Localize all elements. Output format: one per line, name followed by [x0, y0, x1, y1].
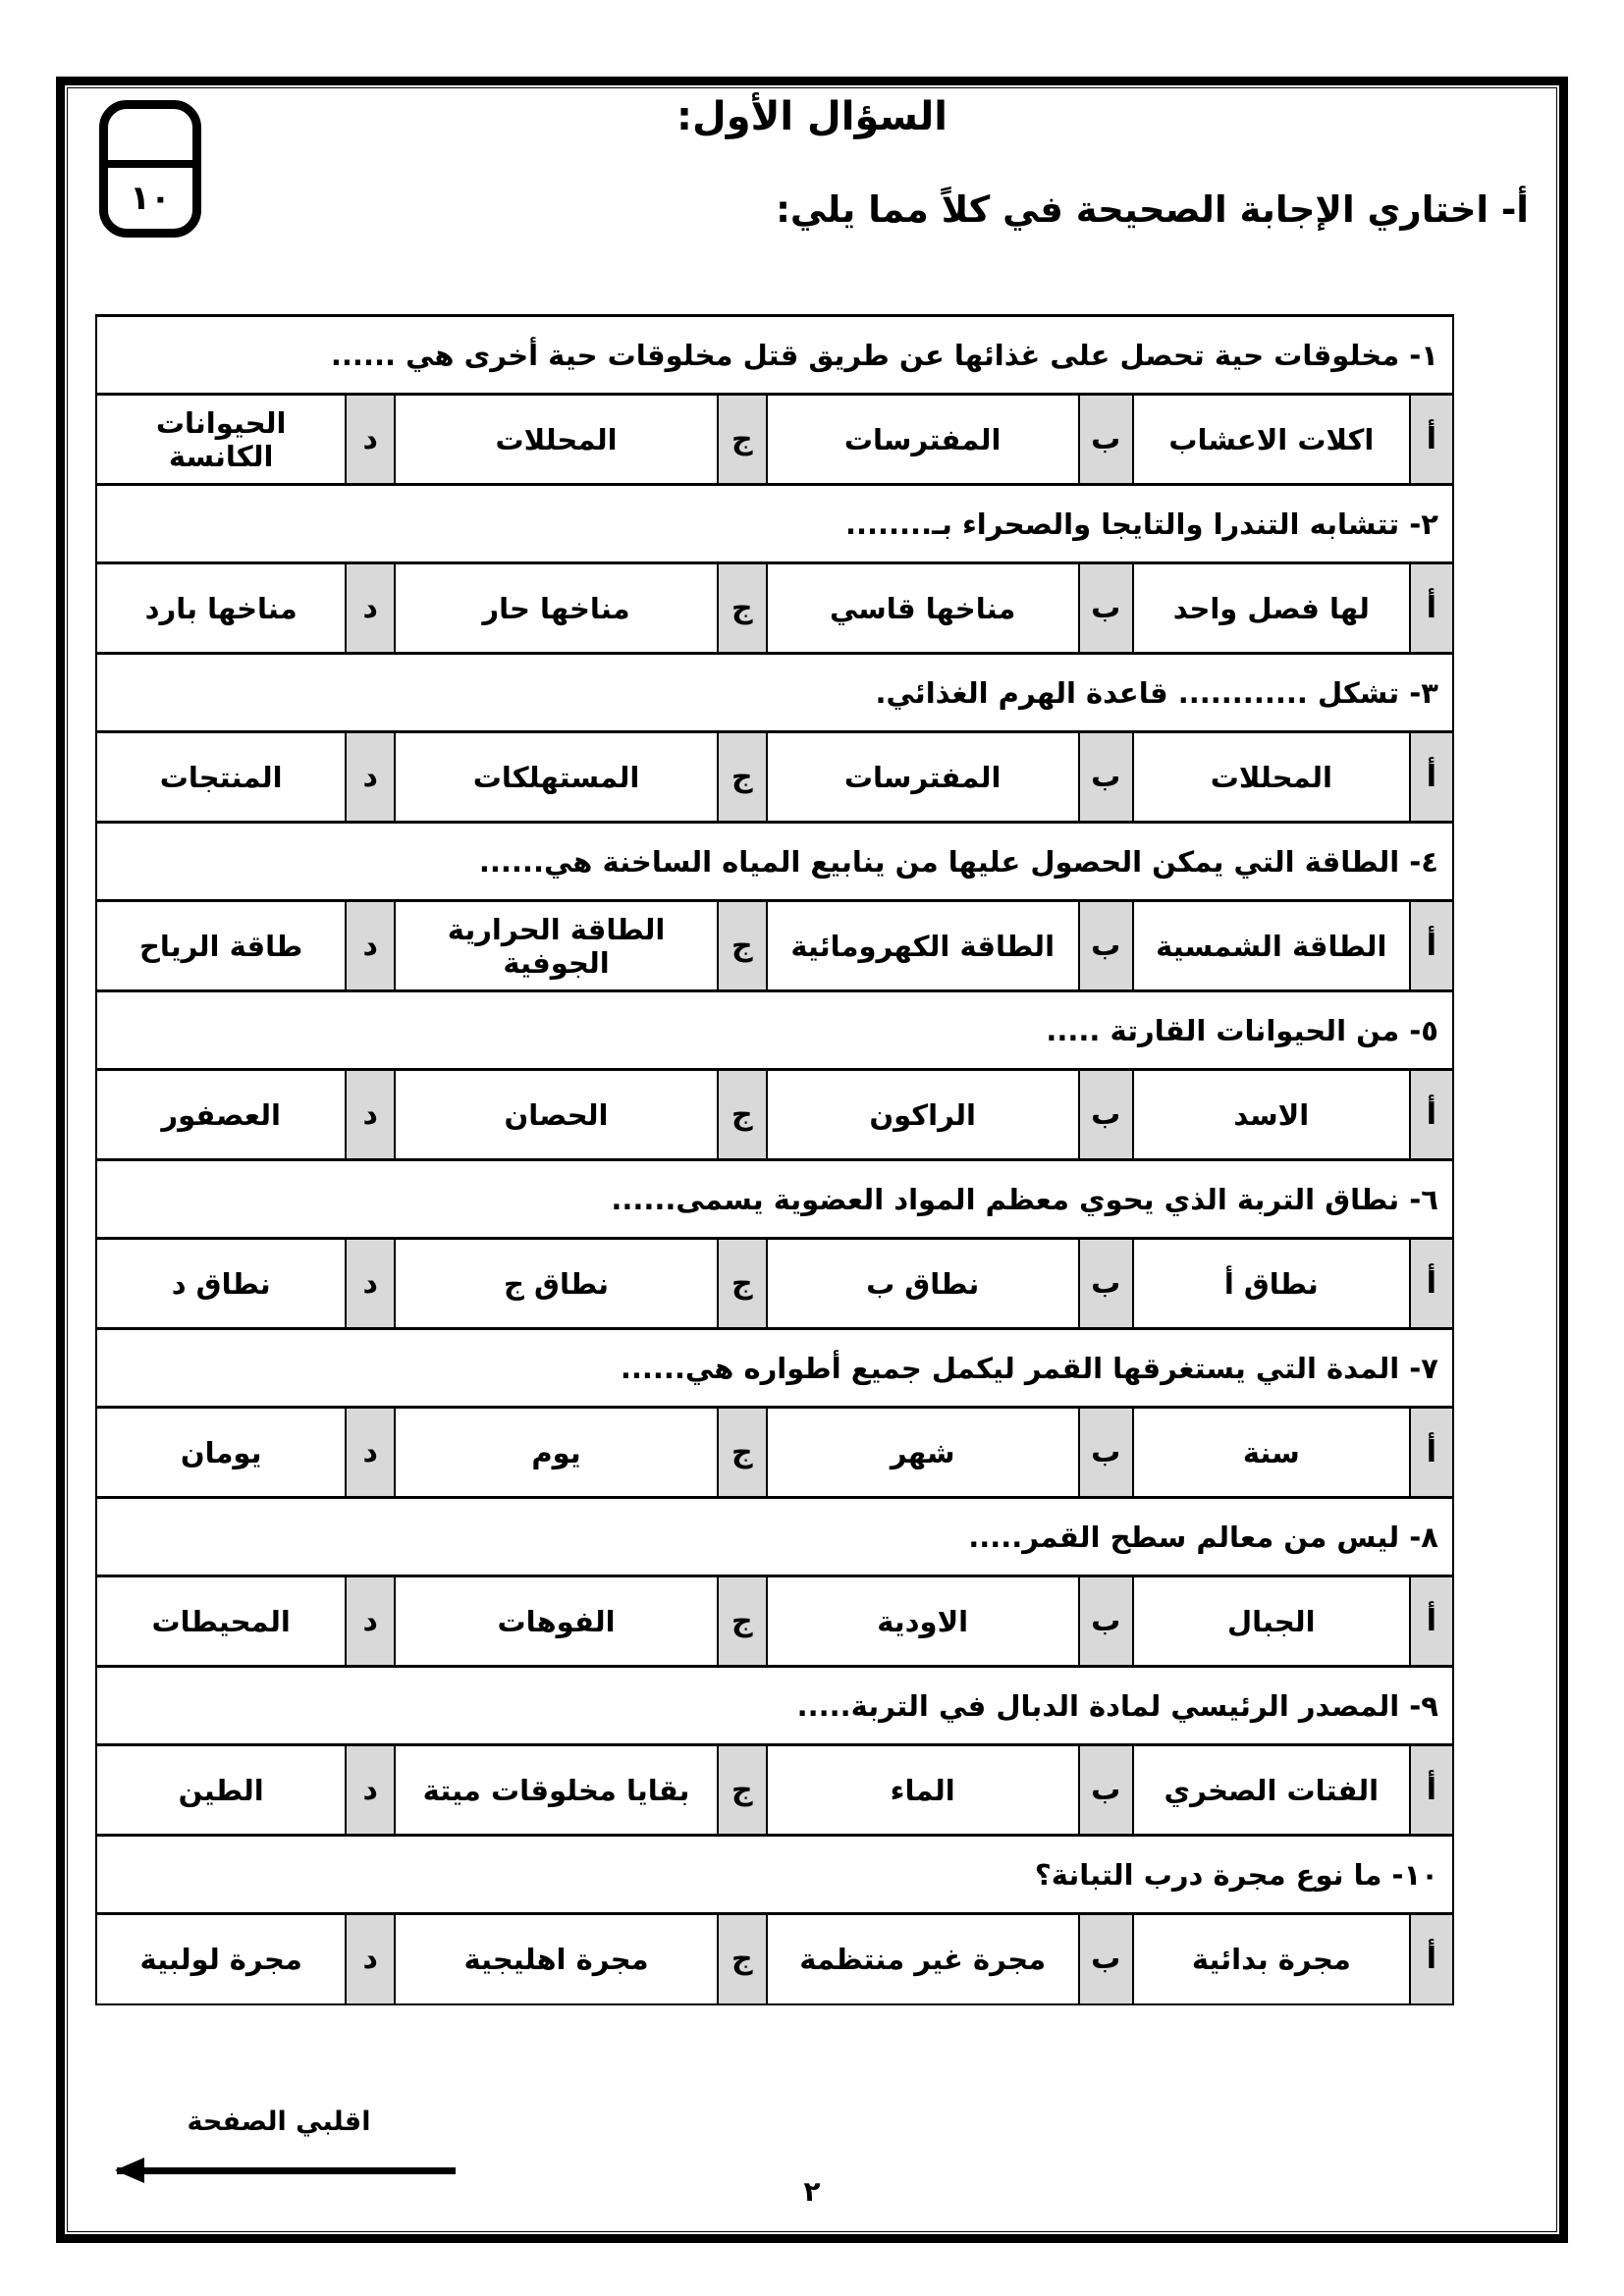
option-answer: نطاق أ — [1133, 1239, 1410, 1329]
option-letter: أ — [1410, 395, 1453, 485]
option-letter: ب — [1079, 1914, 1133, 2004]
question-row: ٦- نطاق التربة الذي يحوي معظم المواد الع… — [96, 1160, 1453, 1239]
question-row: ١٠- ما نوع مجرة درب التبانة؟ — [96, 1836, 1453, 1914]
question-row: ٣- تشكل ............ قاعدة الهرم الغذائي… — [96, 654, 1453, 732]
page-border-inner-line: السؤال الأول: ١٠ أ- اختاري الإجابة الصحي… — [67, 87, 1557, 2232]
option-letter: ب — [1079, 563, 1133, 654]
option-answer: المفترسات — [767, 732, 1079, 823]
option-letter: د — [346, 901, 395, 991]
page-number: ٢ — [68, 2175, 1556, 2208]
option-answer: لها فصل واحد — [1133, 563, 1410, 654]
option-letter: ب — [1079, 732, 1133, 823]
option-letter: ج — [718, 1745, 767, 1836]
option-answer: الطاقة الشمسية — [1133, 901, 1410, 991]
answer-row: أالاسدبالراكونجالحصاندالعصفور — [96, 1070, 1453, 1160]
option-answer: الطاقة الحرارية الجوفية — [395, 901, 718, 991]
option-answer: مجرة بدائية — [1133, 1914, 1410, 2004]
option-letter: ج — [718, 1070, 767, 1160]
answer-row: أمجرة بدائيةبمجرة غير منتظمةجمجرة اهليجي… — [96, 1914, 1453, 2004]
question-text: ١- مخلوقات حية تحصل على غذائها عن طريق ق… — [96, 316, 1453, 395]
question-text: ٧- المدة التي يستغرقها القمر ليكمل جميع … — [96, 1329, 1453, 1408]
turn-page-label: اقلبي الصفحة — [161, 2107, 397, 2137]
option-answer: نطاق د — [96, 1239, 346, 1329]
option-letter: د — [346, 1239, 395, 1329]
option-answer: الاسد — [1133, 1070, 1410, 1160]
answer-row: أنطاق أبنطاق بجنطاق جدنطاق د — [96, 1239, 1453, 1329]
option-letter: ب — [1079, 901, 1133, 991]
option-answer: شهر — [767, 1408, 1079, 1498]
question-row: ٢- تتشابه التندرا والتايجا والصحراء بـ..… — [96, 485, 1453, 563]
option-answer: المنتجات — [96, 732, 346, 823]
option-letter: أ — [1410, 1576, 1453, 1667]
option-letter: ب — [1079, 1408, 1133, 1498]
question-row: ٨- ليس من معالم سطح القمر..... — [96, 1498, 1453, 1576]
question-row: ٥- من الحيوانات القارتة ..... — [96, 991, 1453, 1070]
option-answer: مناخها حار — [395, 563, 718, 654]
option-letter: أ — [1410, 1408, 1453, 1498]
answer-row: أسنةبشهرجيومديومان — [96, 1408, 1453, 1498]
option-answer: مناخها بارد — [96, 563, 346, 654]
option-answer: نطاق ب — [767, 1239, 1079, 1329]
option-letter: ج — [718, 563, 767, 654]
question-text: ٤- الطاقة التي يمكن الحصول عليها من يناب… — [96, 823, 1453, 901]
option-letter: د — [346, 1914, 395, 2004]
question-row: ٧- المدة التي يستغرقها القمر ليكمل جميع … — [96, 1329, 1453, 1408]
answer-row: أاكلات الاعشاببالمفترساتجالمحللاتدالحيوا… — [96, 395, 1453, 485]
option-answer: الحصان — [395, 1070, 718, 1160]
option-answer: الحيوانات الكانسة — [96, 395, 346, 485]
option-answer: الطين — [96, 1745, 346, 1836]
score-box-empty-cell — [108, 109, 192, 168]
option-answer: الطاقة الكهرومائية — [767, 901, 1079, 991]
mcq-table: ١- مخلوقات حية تحصل على غذائها عن طريق ق… — [95, 314, 1454, 2005]
option-letter: د — [346, 1576, 395, 1667]
option-letter: د — [346, 563, 395, 654]
option-answer: مجرة اهليجية — [395, 1914, 718, 2004]
option-letter: ب — [1079, 1070, 1133, 1160]
option-letter: ب — [1079, 1576, 1133, 1667]
option-letter: د — [346, 395, 395, 485]
option-answer: الفوهات — [395, 1576, 718, 1667]
instruction-text: أ- اختاري الإجابة الصحيحة في كلاً مما يل… — [95, 188, 1529, 231]
answer-row: أالفتات الصخريبالماءجبقايا مخلوقات ميتةد… — [96, 1745, 1453, 1836]
question-text: ١٠- ما نوع مجرة درب التبانة؟ — [96, 1836, 1453, 1914]
option-letter: ج — [718, 1914, 767, 2004]
answer-row: أالطاقة الشمسيةبالطاقة الكهرومائيةجالطاق… — [96, 901, 1453, 991]
question-text: ٨- ليس من معالم سطح القمر..... — [96, 1498, 1453, 1576]
option-letter: أ — [1410, 563, 1453, 654]
page-border-frame: السؤال الأول: ١٠ أ- اختاري الإجابة الصحي… — [56, 77, 1568, 2243]
option-letter: أ — [1410, 901, 1453, 991]
option-letter: ج — [718, 1408, 767, 1498]
option-answer: سنة — [1133, 1408, 1410, 1498]
option-letter: ج — [718, 732, 767, 823]
option-answer: المستهلكات — [395, 732, 718, 823]
option-letter: أ — [1410, 1914, 1453, 2004]
option-answer: الفتات الصخري — [1133, 1745, 1410, 1836]
option-answer: المحللات — [1133, 732, 1410, 823]
option-answer: المفترسات — [767, 395, 1079, 485]
question-text: ٩- المصدر الرئيسي لمادة الدبال في التربة… — [96, 1667, 1453, 1745]
question-row: ٩- المصدر الرئيسي لمادة الدبال في التربة… — [96, 1667, 1453, 1745]
option-letter: د — [346, 1408, 395, 1498]
option-answer: مجرة غير منتظمة — [767, 1914, 1079, 2004]
question-row: ٤- الطاقة التي يمكن الحصول عليها من يناب… — [96, 823, 1453, 901]
option-letter: ج — [718, 395, 767, 485]
option-answer: مناخها قاسي — [767, 563, 1079, 654]
option-answer: الراكون — [767, 1070, 1079, 1160]
option-letter: أ — [1410, 1239, 1453, 1329]
answer-row: أالمحللاتبالمفترساتجالمستهلكاتدالمنتجات — [96, 732, 1453, 823]
option-answer: اكلات الاعشاب — [1133, 395, 1410, 485]
option-answer: يوم — [395, 1408, 718, 1498]
option-answer: الماء — [767, 1745, 1079, 1836]
option-letter: د — [346, 1070, 395, 1160]
question-text: ٦- نطاق التربة الذي يحوي معظم المواد الع… — [96, 1160, 1453, 1239]
question-text: ٣- تشكل ............ قاعدة الهرم الغذائي… — [96, 654, 1453, 732]
option-answer: طاقة الرياح — [96, 901, 346, 991]
option-answer: الاودية — [767, 1576, 1079, 1667]
option-answer: المحللات — [395, 395, 718, 485]
option-answer: يومان — [96, 1408, 346, 1498]
option-letter: د — [346, 732, 395, 823]
question-row: ١- مخلوقات حية تحصل على غذائها عن طريق ق… — [96, 316, 1453, 395]
option-answer: نطاق ج — [395, 1239, 718, 1329]
option-letter: ج — [718, 1239, 767, 1329]
option-letter: أ — [1410, 732, 1453, 823]
left-arrow-icon — [117, 2167, 456, 2174]
question-text: ٢- تتشابه التندرا والتايجا والصحراء بـ..… — [96, 485, 1453, 563]
option-letter: ب — [1079, 1745, 1133, 1836]
section-title: السؤال الأول: — [68, 94, 1556, 139]
option-letter: ب — [1079, 1239, 1133, 1329]
option-answer: بقايا مخلوقات ميتة — [395, 1745, 718, 1836]
option-letter: أ — [1410, 1070, 1453, 1160]
option-answer: العصفور — [96, 1070, 346, 1160]
option-answer: المحيطات — [96, 1576, 346, 1667]
option-letter: ج — [718, 1576, 767, 1667]
answer-row: ألها فصل واحدبمناخها قاسيجمناخها حاردمنا… — [96, 563, 1453, 654]
option-letter: أ — [1410, 1745, 1453, 1836]
option-letter: د — [346, 1745, 395, 1836]
option-answer: مجرة لولبية — [96, 1914, 346, 2004]
question-text: ٥- من الحيوانات القارتة ..... — [96, 991, 1453, 1070]
option-letter: ج — [718, 901, 767, 991]
option-answer: الجبال — [1133, 1576, 1410, 1667]
answer-row: أالجبالبالاوديةجالفوهاتدالمحيطات — [96, 1576, 1453, 1667]
option-letter: ب — [1079, 395, 1133, 485]
exam-page: { "page": { "title": "السؤال الأول:", "s… — [0, 0, 1624, 2296]
